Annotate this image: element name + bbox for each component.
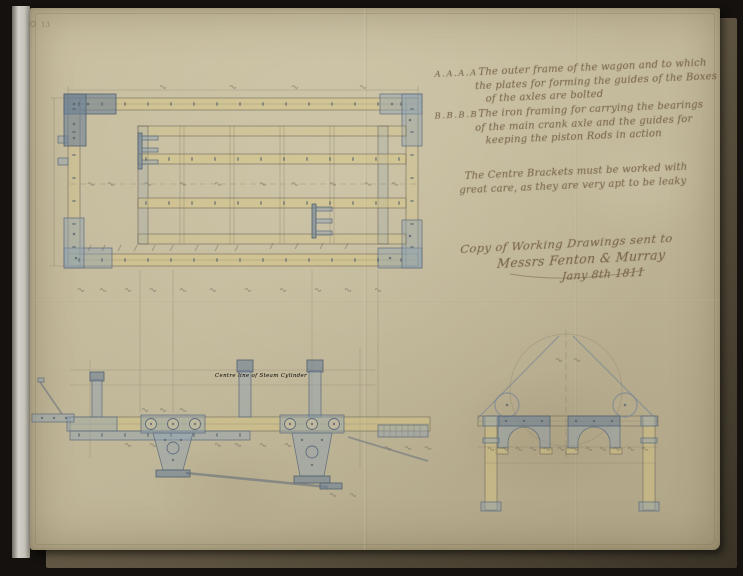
corner-pencil-marks: 13	[31, 21, 50, 29]
note-a-prefix: A.A.A.A	[434, 67, 478, 82]
inner-framing	[138, 126, 406, 244]
guide-posts	[90, 360, 323, 417]
pedestal-bracket-right	[280, 415, 344, 483]
guide-bracket-comb-left	[138, 133, 158, 169]
scanned-drawing-page: { "scan": { "corner_mark": "13", "notes"…	[0, 0, 743, 576]
spring-bar	[378, 425, 428, 437]
cylinder-centreline-label: Centre line of Steam Cylinder	[215, 373, 307, 379]
outer-post-right	[639, 416, 659, 511]
beam-end-plate	[67, 417, 117, 431]
guide-bracket-comb-right	[312, 204, 332, 238]
tie-rod-shoe	[320, 483, 342, 489]
side-elevation-drawing: Centre line of Steam Cylinder	[32, 348, 430, 489]
end-elevation-drawing	[478, 330, 659, 511]
corner-mark-number: 13	[41, 21, 50, 29]
drawing-sheet: 13	[30, 8, 720, 550]
note-b-prefix: B.B.B.B	[434, 109, 478, 124]
adjacent-page-edge	[12, 6, 30, 558]
frame-diagonal-right	[573, 336, 655, 418]
drag-hook-detail	[32, 378, 74, 422]
pedestal-bracket-left	[141, 415, 205, 477]
